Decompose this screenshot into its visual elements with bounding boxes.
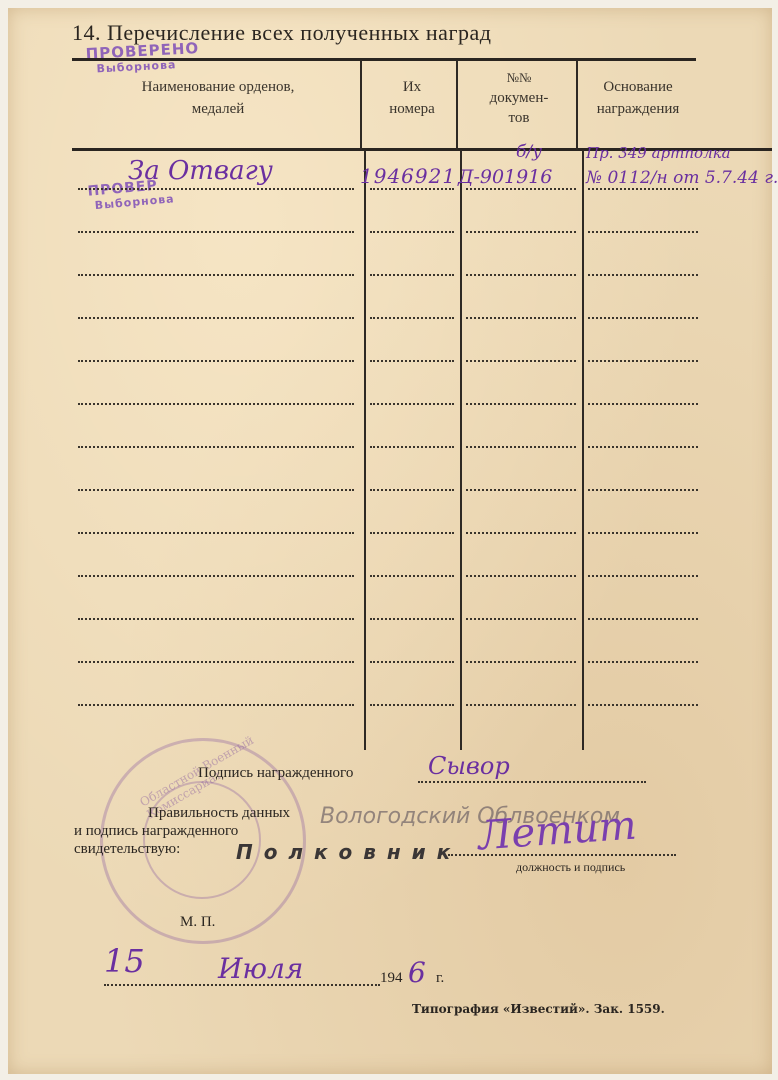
row-dotted-line: [78, 274, 354, 276]
row-dotted-line: [588, 661, 698, 663]
row-dotted-line: [466, 360, 576, 362]
row-dotted-line: [370, 360, 454, 362]
row-dotted-line: [78, 403, 354, 405]
row-dotted-line: [370, 446, 454, 448]
date-month: Июля: [218, 952, 303, 985]
checked-stamp-row: ПРОВЕР Выборнова: [87, 176, 175, 212]
basis-cell-line1: Пр. 349 артполка: [586, 144, 731, 162]
column-header-award-name-line1: Наименование орденов,: [78, 76, 358, 98]
position-label: должность и подпись: [516, 860, 625, 875]
officer-signature: Летит: [477, 803, 638, 860]
column-header-documents: №№ докумен- тов: [460, 68, 578, 128]
verify-label-line1: Правильность данных: [148, 805, 290, 822]
row-dotted-line: [78, 618, 354, 620]
row-dotted-line: [588, 704, 698, 706]
row-dotted-line: [370, 231, 454, 233]
row-dotted-line: [466, 704, 576, 706]
column-header-basis-line1: Основание: [578, 76, 698, 98]
row-dotted-line: [370, 274, 454, 276]
row-dotted-line: [78, 704, 354, 706]
column-header-basis: Основание награждения: [578, 76, 698, 120]
column-header-basis-line2: награждения: [578, 98, 698, 120]
position-signature-line: [448, 854, 676, 856]
column-header-award-name: Наименование орденов, медалей: [78, 76, 358, 120]
row-dotted-line: [588, 403, 698, 405]
column-header-award-name-line2: медалей: [78, 98, 358, 120]
row-dotted-line: [370, 532, 454, 534]
column-header-numbers-line1: Их: [364, 76, 460, 98]
row-dotted-line: [78, 446, 354, 448]
row-dotted-line: [466, 532, 576, 534]
column-header-numbers-line2: номера: [364, 98, 460, 120]
row-dotted-line: [588, 532, 698, 534]
row-dotted-line: [78, 188, 354, 190]
verify-label-line3: свидетельствую:: [74, 841, 180, 858]
row-dotted-line: [466, 403, 576, 405]
printer-imprint: Типография «Известий». Зак. 1559.: [412, 1002, 665, 1016]
column-divider: [460, 150, 462, 750]
row-dotted-line: [78, 532, 354, 534]
column-divider: [582, 150, 584, 750]
row-dotted-line: [370, 489, 454, 491]
column-divider: [576, 60, 578, 150]
row-dotted-line: [78, 575, 354, 577]
date-year-prefix: 194: [380, 970, 403, 987]
date-year-suffix: 6: [408, 956, 426, 989]
date-year-unit: г.: [436, 970, 444, 987]
row-dotted-line: [78, 231, 354, 233]
row-dotted-line: [370, 403, 454, 405]
row-dotted-line: [588, 618, 698, 620]
row-dotted-line: [78, 360, 354, 362]
row-dotted-line: [466, 274, 576, 276]
column-header-documents-line3: тов: [460, 108, 578, 128]
recipient-signature-line: [418, 781, 646, 783]
date-day: 15: [104, 942, 145, 980]
row-dotted-line: [588, 446, 698, 448]
column-header-numbers: Их номера: [364, 76, 460, 120]
row-dotted-line: [466, 188, 576, 190]
date-line: [104, 984, 380, 986]
row-dotted-line: [588, 274, 698, 276]
row-dotted-line: [370, 575, 454, 577]
row-dotted-line: [370, 188, 454, 190]
verify-label-line2: и подпись награжденного: [74, 823, 238, 840]
row-dotted-line: [370, 661, 454, 663]
row-dotted-line: [466, 489, 576, 491]
recipient-signature-label: Подпись награжденного: [198, 765, 353, 782]
row-dotted-line: [78, 489, 354, 491]
row-dotted-line: [466, 317, 576, 319]
document-number-cell: Д-901916: [458, 166, 552, 188]
award-number-cell: 1946921: [360, 164, 456, 188]
row-dotted-line: [466, 618, 576, 620]
document-prefix-cell: б/у: [516, 142, 542, 162]
row-dotted-line: [370, 618, 454, 620]
row-dotted-line: [466, 231, 576, 233]
recipient-signature: Сывор: [428, 752, 510, 780]
row-dotted-line: [466, 661, 576, 663]
rank-stamp: П о л к о в н и к: [236, 840, 452, 864]
row-dotted-line: [588, 489, 698, 491]
table-top-rule: [72, 58, 696, 61]
row-dotted-line: [588, 231, 698, 233]
document-page: 14. Перечисление всех полученных наград …: [8, 8, 772, 1074]
row-dotted-line: [588, 188, 698, 190]
row-dotted-line: [466, 575, 576, 577]
mp-label: М. П.: [180, 914, 215, 931]
column-divider: [456, 60, 458, 150]
row-dotted-line: [588, 575, 698, 577]
column-divider: [364, 150, 366, 750]
row-dotted-line: [466, 446, 576, 448]
row-dotted-line: [588, 317, 698, 319]
row-dotted-line: [78, 317, 354, 319]
row-dotted-line: [588, 360, 698, 362]
row-dotted-line: [370, 704, 454, 706]
column-header-documents-line2: докумен-: [460, 88, 578, 108]
column-header-documents-line1: №№: [460, 68, 578, 88]
basis-cell-line2: № 0112/н от 5.7.44 г.: [586, 168, 778, 188]
row-dotted-line: [78, 661, 354, 663]
column-divider: [360, 60, 362, 150]
row-dotted-line: [370, 317, 454, 319]
